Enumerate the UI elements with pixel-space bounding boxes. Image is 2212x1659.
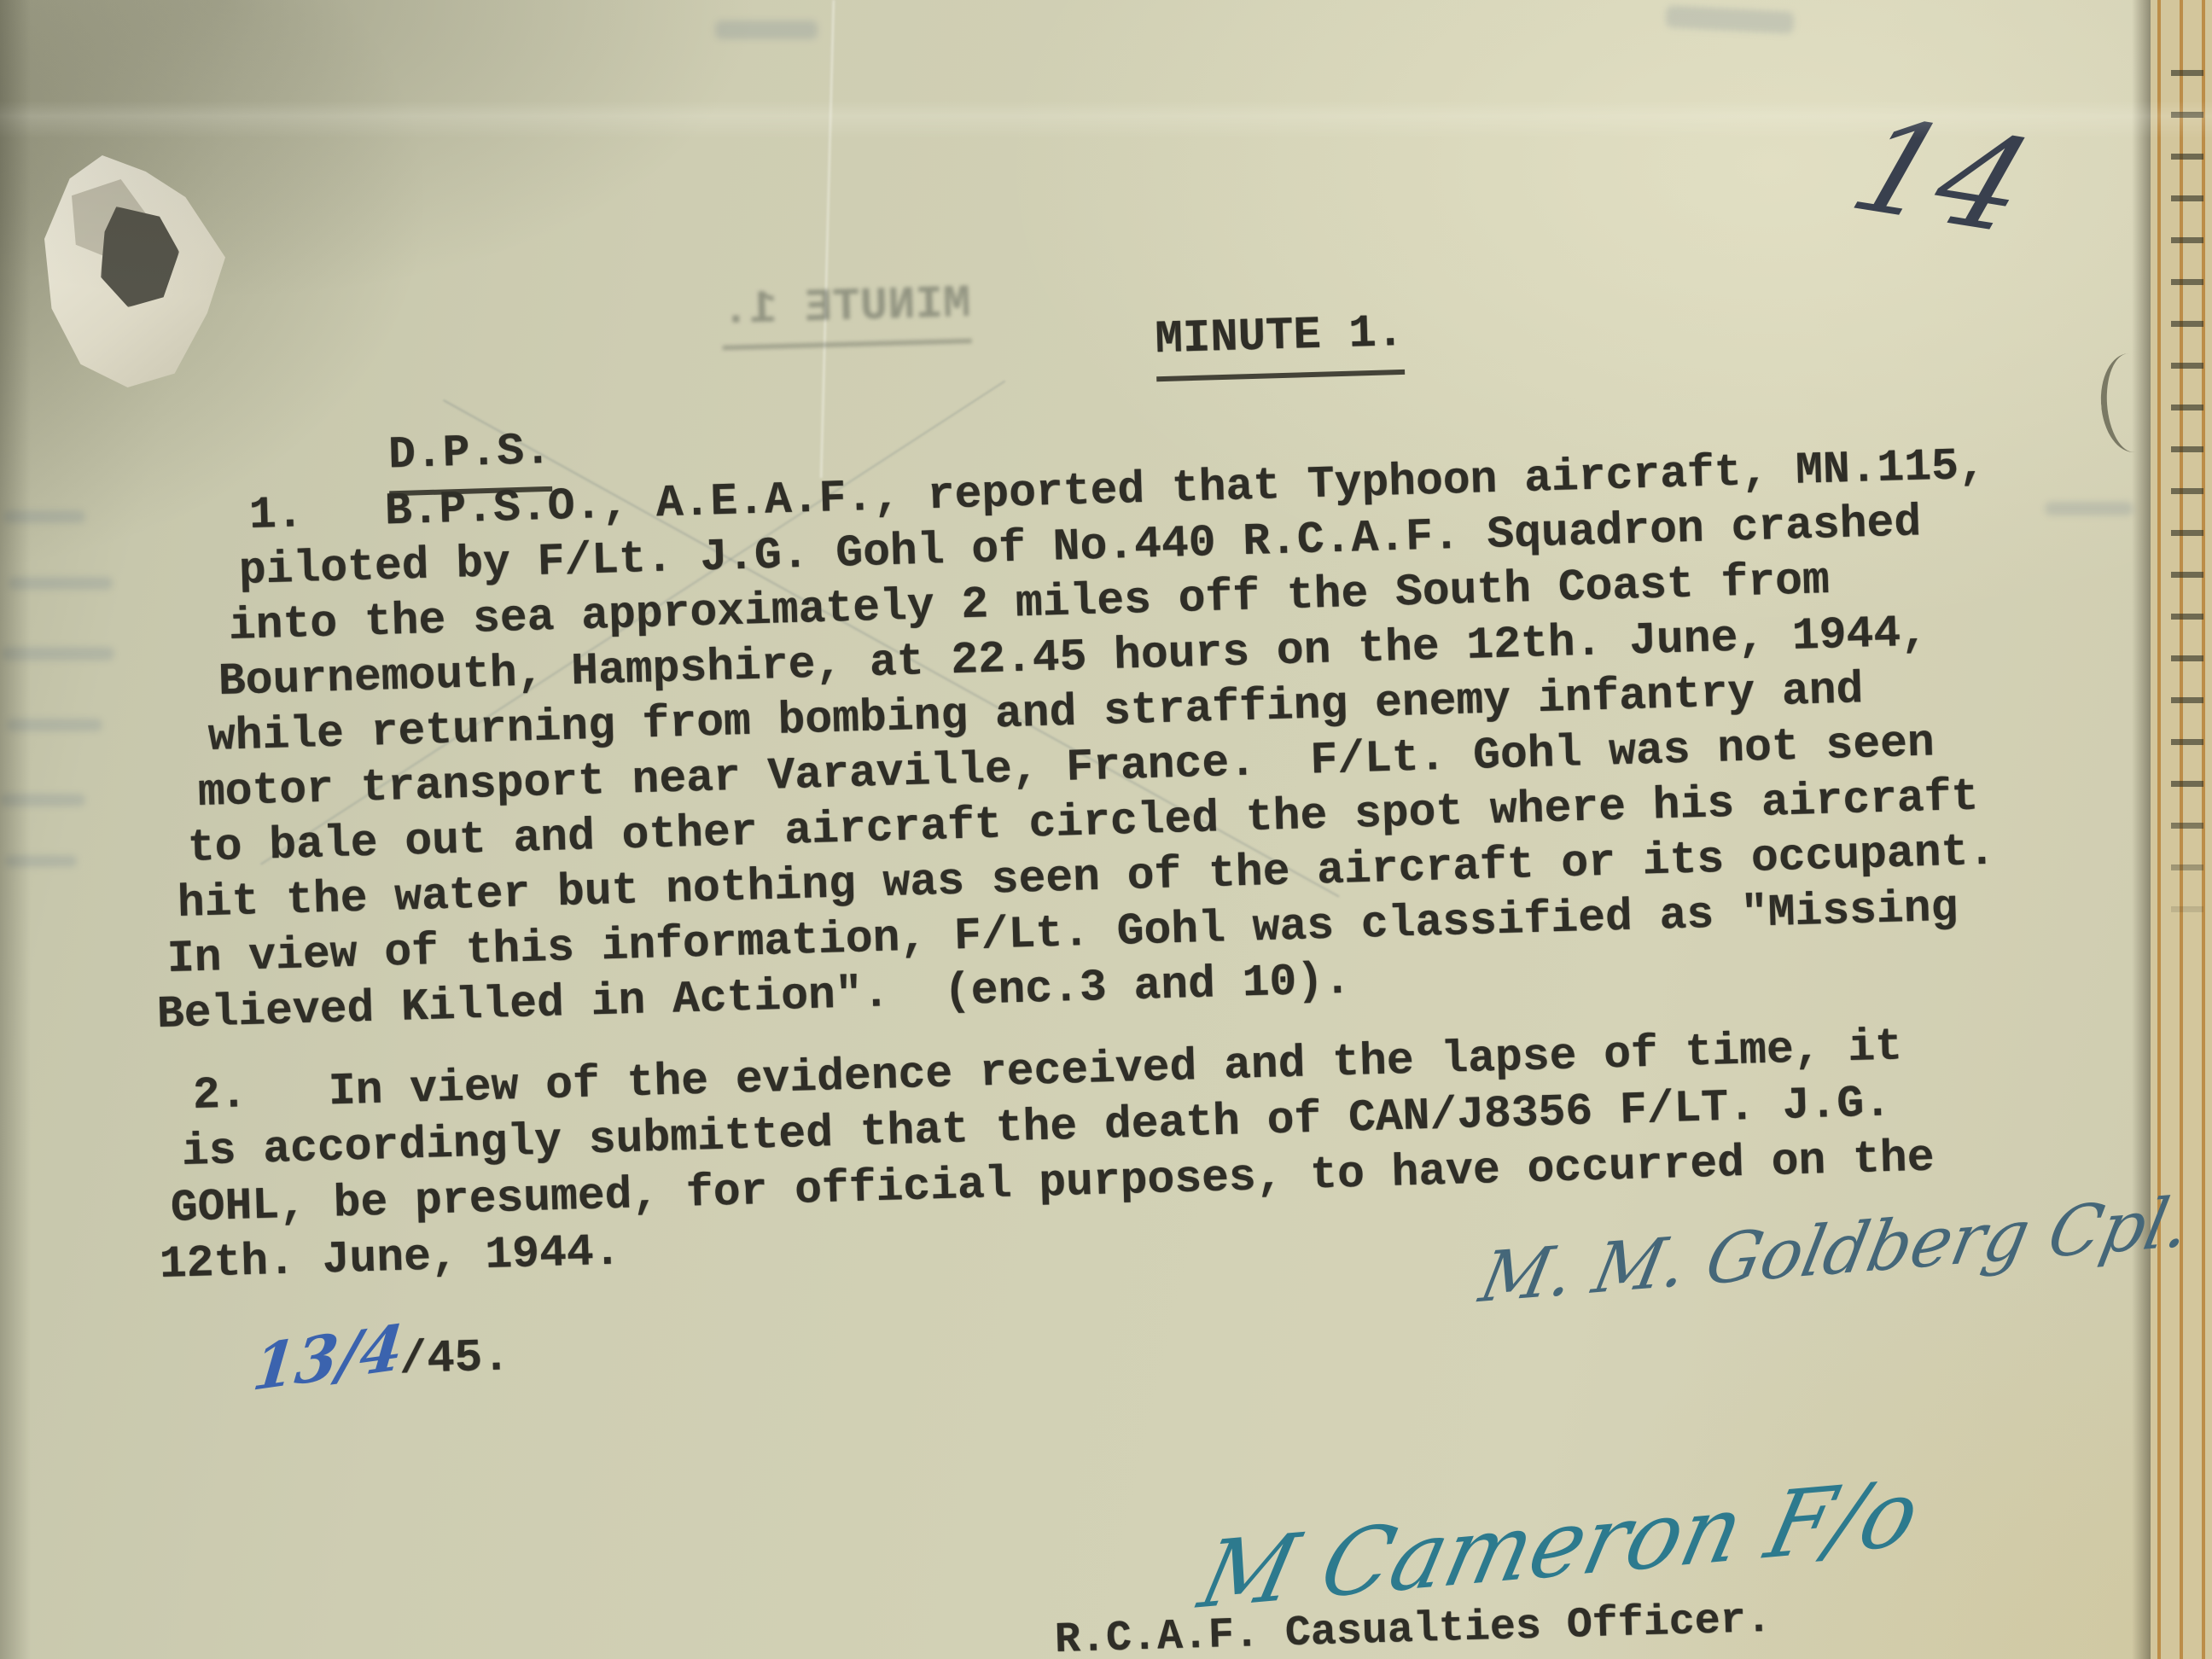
scanned-minute-sheet: 14 MINUTE 1. MINUTE 1. D.P.S. 1. B.P.S.O…: [0, 0, 2212, 1659]
ghost-title: MINUTE 1.: [721, 278, 972, 350]
page-edge-shadow: [2132, 0, 2151, 1659]
typed-line: 12th. June, 1944.: [159, 1229, 621, 1288]
bleed-through-mark: [0, 794, 85, 806]
date-handwritten-day: 13/4: [249, 1310, 406, 1406]
ledger-dashes: [2171, 34, 2203, 939]
bleed-through-mark: [1665, 5, 1794, 34]
bleed-through-mark: [5, 855, 77, 867]
minute-title: MINUTE 1.: [1043, 265, 1406, 413]
bleed-through-mark: [715, 20, 818, 39]
bleed-through-mark: [9, 577, 113, 590]
bleed-through-mark: [3, 510, 85, 523]
date-typed-year: /45.: [399, 1335, 510, 1384]
bleed-through-mark: [2045, 502, 2133, 515]
officer-title: R.C.A.F. Casualties Officer.: [1054, 1599, 1772, 1659]
page-number: 14: [1835, 90, 2048, 261]
bleed-through-mark: [7, 719, 102, 731]
ledger-strip: [2151, 0, 2212, 1659]
clerk-signature: M. M. Goldberg Cpl.: [1474, 1181, 2197, 1318]
crease-line: [820, 0, 835, 478]
minute-title-text: MINUTE 1.: [1155, 307, 1406, 381]
orange-rule-line: [2157, 0, 2161, 1659]
bleed-through-mark: [2, 647, 114, 661]
